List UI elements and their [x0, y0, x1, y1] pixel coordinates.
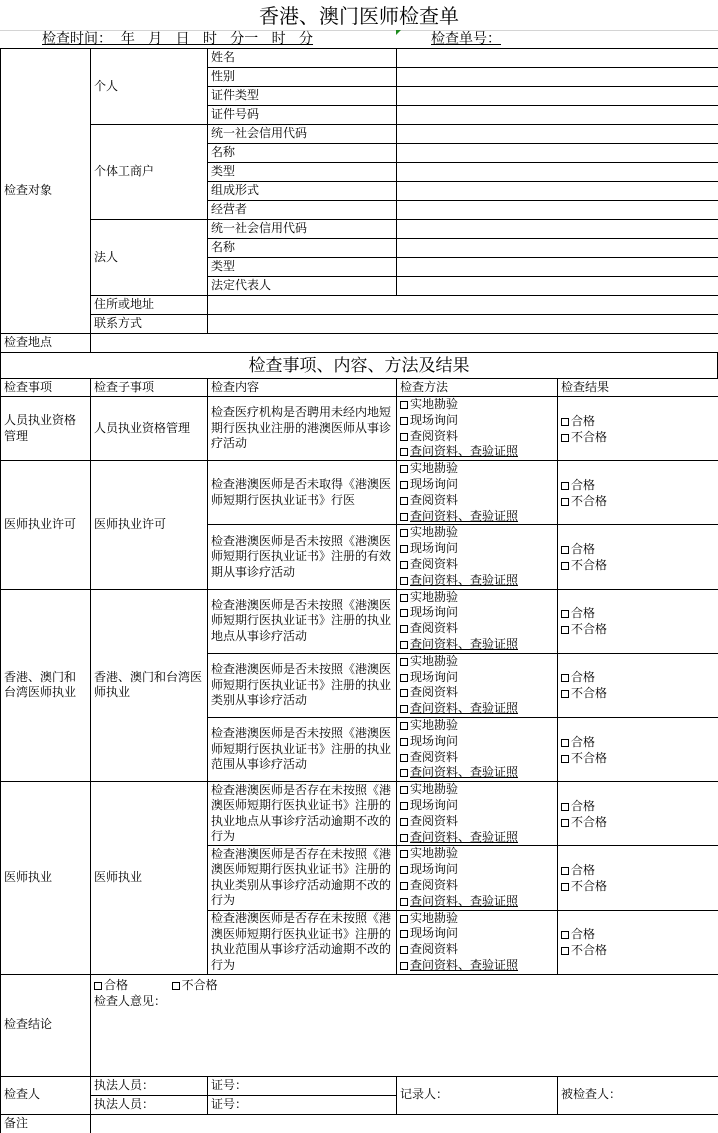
checkbox-icon[interactable] [400, 722, 408, 730]
result-cell: 合格 不合格 [558, 846, 718, 910]
item-cell: 人员执业资格管理 [1, 397, 91, 461]
group-individual: 个人 [91, 49, 208, 125]
address-label: 住所或地址 [91, 296, 208, 315]
method-option[interactable]: 现场询问 [400, 734, 554, 750]
checkbox-icon[interactable] [400, 448, 408, 456]
content-cell: 检查港澳医师是否未按照《港澳医师短期行医执业证书》注册的执业范围从事诊疗活动 [208, 717, 397, 781]
conclusion-fail-option[interactable]: 不合格 [172, 978, 218, 992]
field-value-name[interactable] [397, 49, 718, 68]
form-number-label[interactable]: 检查单号： [431, 30, 501, 48]
field-value-gender[interactable] [397, 68, 718, 87]
item-cell: 医师执业 [1, 782, 91, 975]
checkbox-icon[interactable] [172, 982, 180, 990]
method-option[interactable]: 现场询问 [400, 541, 554, 557]
checkbox-icon[interactable] [400, 930, 408, 938]
checkbox-icon[interactable] [561, 739, 569, 747]
checkbox-icon[interactable] [400, 882, 408, 890]
header-method: 检查方法 [397, 379, 558, 397]
remarks-value[interactable] [91, 1114, 718, 1133]
method-option[interactable]: 实地勘验 [400, 846, 554, 862]
result-cell: 合格 不合格 [558, 717, 718, 781]
checkbox-icon[interactable] [400, 641, 408, 649]
method-cell: 实地勘验 现场询问 查阅资料 查问资料、查验证照 [397, 782, 558, 846]
content-cell: 检查医疗机构是否聘用未经内地短期行医执业注册的港澳医师从事诊疗活动 [208, 397, 397, 461]
group-legal-person: 法人 [91, 220, 208, 296]
result-option[interactable]: 合格 [561, 798, 715, 814]
method-option[interactable]: 查阅资料 [400, 557, 554, 573]
officer-field[interactable]: 执法人员： [91, 1095, 208, 1114]
result-cell: 合格 不合格 [558, 589, 718, 653]
content-cell: 检查港澳医师是否未按照《港澳医师短期行医执业证书》注册的执业类别从事诊疗活动 [208, 653, 397, 717]
field-label: 组成形式 [208, 182, 397, 201]
result-cell: 合格 不合格 [558, 910, 718, 974]
field-label: 法定代表人 [208, 277, 397, 296]
checkbox-icon[interactable] [561, 610, 569, 618]
result-option[interactable]: 不合格 [561, 814, 715, 830]
checkbox-icon[interactable] [400, 561, 408, 569]
content-cell: 检查港澳医师是否未取得《港澳医师短期行医执业证书》行医 [208, 461, 397, 525]
checkbox-icon[interactable] [400, 674, 408, 682]
field-label: 统一社会信用代码 [208, 220, 397, 239]
method-option[interactable]: 实地勘验 [400, 590, 554, 606]
inspection-time-label[interactable]: 检查时间： 年 月 日 时 分一 时 分 [42, 30, 313, 48]
method-option[interactable]: 查问资料、查验证照 [400, 701, 554, 717]
result-option[interactable]: 合格 [561, 862, 715, 878]
result-cell: 合格 不合格 [558, 782, 718, 846]
checkbox-icon[interactable] [400, 689, 408, 697]
conclusion-cell: 合格 不合格 检查人意见： [91, 974, 718, 1076]
checkbox-icon[interactable] [561, 755, 569, 763]
contact-label: 联系方式 [91, 315, 208, 334]
checkbox-icon[interactable] [400, 594, 408, 602]
checkbox-icon[interactable] [94, 982, 102, 990]
checkbox-icon[interactable] [400, 625, 408, 633]
checkbox-icon[interactable] [561, 931, 569, 939]
checkbox-icon[interactable] [400, 786, 408, 794]
inspector-label: 检查人 [1, 1076, 91, 1114]
remarks-label: 备注 [1, 1114, 91, 1133]
method-option[interactable]: 实地勘验 [400, 911, 554, 927]
checkbox-icon[interactable] [561, 418, 569, 426]
section-title: 检查事项、内容、方法及结果 [0, 352, 718, 378]
field-value-legal-type[interactable] [397, 258, 718, 277]
result-option[interactable]: 不合格 [561, 557, 715, 573]
field-value-legal-rep[interactable] [397, 277, 718, 296]
method-option[interactable]: 查阅资料 [400, 878, 554, 894]
header-content: 检查内容 [208, 379, 397, 397]
method-option[interactable]: 现场询问 [400, 413, 554, 429]
field-value-id-number[interactable] [397, 106, 718, 125]
field-label: 类型 [208, 163, 397, 182]
field-label: 统一社会信用代码 [208, 125, 397, 144]
checkbox-icon[interactable] [400, 705, 408, 713]
item-cell: 香港、澳门和台湾医师执业 [1, 589, 91, 782]
header-item: 检查事项 [1, 379, 91, 397]
method-cell: 实地勘验 现场询问 查阅资料 查问资料、查验证照 [397, 846, 558, 910]
checkbox-icon[interactable] [561, 626, 569, 634]
checkbox-icon[interactable] [400, 481, 408, 489]
result-option[interactable]: 合格 [561, 926, 715, 942]
checkbox-icon[interactable] [400, 433, 408, 441]
result-option[interactable]: 合格 [561, 477, 715, 493]
checkbox-icon[interactable] [400, 529, 408, 537]
result-option[interactable]: 不合格 [561, 429, 715, 445]
field-value-id-type[interactable] [397, 87, 718, 106]
field-label: 名称 [208, 144, 397, 163]
checkbox-icon[interactable] [561, 674, 569, 682]
method-option[interactable]: 查问资料、查验证照 [400, 894, 554, 910]
method-option[interactable]: 实地勘验 [400, 525, 554, 541]
checkbox-icon[interactable] [400, 738, 408, 746]
result-option[interactable]: 不合格 [561, 942, 715, 958]
result-option[interactable]: 合格 [561, 413, 715, 429]
checkbox-icon[interactable] [561, 498, 569, 506]
checkbox-icon[interactable] [400, 802, 408, 810]
address-value[interactable] [208, 296, 718, 315]
checkbox-icon[interactable] [561, 482, 569, 490]
field-label: 证件类型 [208, 87, 397, 106]
comment-marker-icon [396, 30, 401, 35]
method-option[interactable]: 现场询问 [400, 862, 554, 878]
result-option[interactable]: 合格 [561, 734, 715, 750]
checkbox-icon[interactable] [400, 946, 408, 954]
checkbox-icon[interactable] [400, 769, 408, 777]
header-sub-item: 检查子事项 [91, 379, 208, 397]
method-cell: 实地勘验 现场询问 查阅资料 查问资料、查验证照 [397, 461, 558, 525]
field-value-operator[interactable] [397, 201, 718, 220]
field-value-legal-name[interactable] [397, 239, 718, 258]
checkbox-icon[interactable] [400, 866, 408, 874]
checkbox-icon[interactable] [400, 850, 408, 858]
result-cell: 合格 不合格 [558, 653, 718, 717]
sub-item-cell: 医师执业许可 [91, 461, 208, 589]
field-value-composition[interactable] [397, 182, 718, 201]
method-option[interactable]: 实地勘验 [400, 461, 554, 477]
result-option[interactable]: 合格 [561, 605, 715, 621]
checkbox-icon[interactable] [400, 754, 408, 762]
result-cell: 合格 不合格 [558, 525, 718, 589]
method-option[interactable]: 查阅资料 [400, 814, 554, 830]
checkbox-icon[interactable] [400, 834, 408, 842]
method-option[interactable]: 查问资料、查验证照 [400, 765, 554, 781]
method-option[interactable]: 查问资料、查验证照 [400, 958, 554, 974]
method-option[interactable]: 查问资料、查验证照 [400, 573, 554, 589]
method-option[interactable]: 现场询问 [400, 670, 554, 686]
method-option[interactable]: 查阅资料 [400, 750, 554, 766]
checkbox-icon[interactable] [561, 546, 569, 554]
checkbox-icon[interactable] [561, 867, 569, 875]
field-label: 名称 [208, 239, 397, 258]
checkbox-icon[interactable] [400, 401, 408, 409]
result-cell: 合格 不合格 [558, 397, 718, 461]
field-label: 性别 [208, 68, 397, 87]
time-row: 检查时间： 年 月 日 时 分一 时 分 检查单号： [0, 30, 718, 48]
opinion-label[interactable]: 检查人意见： [94, 993, 715, 1009]
subject-table: 检查对象 个人 姓名 性别 证件类型 证件号码 个体工商户 统一社会信用代码 名… [0, 48, 718, 353]
method-cell: 实地勘验 现场询问 查阅资料 查问资料、查验证照 [397, 910, 558, 974]
method-cell: 实地勘验 现场询问 查阅资料 查问资料、查验证照 [397, 525, 558, 589]
checkbox-icon[interactable] [400, 513, 408, 521]
checkbox-icon[interactable] [561, 434, 569, 442]
checkbox-icon[interactable] [400, 465, 408, 473]
item-cell: 医师执业许可 [1, 461, 91, 589]
field-label: 经营者 [208, 201, 397, 220]
checkbox-icon[interactable] [561, 947, 569, 955]
cert-field[interactable]: 证号： [208, 1095, 397, 1114]
method-option[interactable]: 查阅资料 [400, 493, 554, 509]
sub-item-cell: 人员执业资格管理 [91, 397, 208, 461]
content-cell: 检查港澳医师是否未按照《港澳医师短期行医执业证书》注册的执业地点从事诊疗活动 [208, 589, 397, 653]
officer-field[interactable]: 执法人员： [91, 1076, 208, 1095]
page-title: 香港、澳门医师检查单 [0, 0, 718, 31]
field-value-credit-code[interactable] [397, 125, 718, 144]
method-cell: 实地勘验 现场询问 查阅资料 查问资料、查验证照 [397, 397, 558, 461]
conclusion-pass-option[interactable]: 合格 [94, 978, 128, 992]
field-label: 证件号码 [208, 106, 397, 125]
checkbox-icon[interactable] [400, 818, 408, 826]
subject-label: 检查对象 [1, 49, 91, 334]
content-cell: 检查港澳医师是否存在未按照《港澳医师短期行医执业证书》注册的执业地点从事诊疗活动… [208, 782, 397, 846]
content-cell: 检查港澳医师是否未按照《港澳医师短期行医执业证书》注册的有效期从事诊疗活动 [208, 525, 397, 589]
location-value[interactable] [91, 334, 718, 353]
result-cell: 合格 不合格 [558, 461, 718, 525]
checkbox-icon[interactable] [400, 609, 408, 617]
result-option[interactable]: 合格 [561, 541, 715, 557]
method-option[interactable]: 实地勘验 [400, 654, 554, 670]
checkbox-icon[interactable] [561, 562, 569, 570]
recorder-field[interactable]: 记录人： [397, 1076, 558, 1114]
method-option[interactable]: 查阅资料 [400, 621, 554, 637]
method-option[interactable]: 查问资料、查验证照 [400, 509, 554, 525]
method-option[interactable]: 现场询问 [400, 605, 554, 621]
method-option[interactable]: 查问资料、查验证照 [400, 637, 554, 653]
field-label: 类型 [208, 258, 397, 277]
contact-value[interactable] [208, 315, 718, 334]
result-option[interactable]: 不合格 [561, 621, 715, 637]
method-option[interactable]: 实地勘验 [400, 718, 554, 734]
inspected-party-field[interactable]: 被检查人： [558, 1076, 718, 1114]
checkbox-icon[interactable] [400, 497, 408, 505]
method-option[interactable]: 查阅资料 [400, 942, 554, 958]
field-value-business-name[interactable] [397, 144, 718, 163]
checkbox-icon[interactable] [561, 883, 569, 891]
method-option[interactable]: 现场询问 [400, 477, 554, 493]
method-option[interactable]: 实地勘验 [400, 782, 554, 798]
result-option[interactable]: 不合格 [561, 493, 715, 509]
content-cell: 检查港澳医师是否存在未按照《港澳医师短期行医执业证书》注册的执业范围从事诊疗活动… [208, 910, 397, 974]
checkbox-icon[interactable] [400, 962, 408, 970]
cert-field[interactable]: 证号： [208, 1076, 397, 1095]
method-option[interactable]: 查阅资料 [400, 429, 554, 445]
sub-item-cell: 医师执业 [91, 782, 208, 975]
checkbox-icon[interactable] [400, 417, 408, 425]
header-result: 检查结果 [558, 379, 718, 397]
result-option[interactable]: 不合格 [561, 685, 715, 701]
conclusion-label: 检查结论 [1, 974, 91, 1076]
result-option[interactable]: 合格 [561, 669, 715, 685]
group-business: 个体工商户 [91, 125, 208, 220]
result-option[interactable]: 不合格 [561, 878, 715, 894]
checkbox-icon[interactable] [561, 690, 569, 698]
inspection-table: 检查事项 检查子事项 检查内容 检查方法 检查结果 人员执业资格管理 人员执业资… [0, 378, 718, 1133]
location-label: 检查地点 [1, 334, 91, 353]
method-option[interactable]: 查问资料、查验证照 [400, 444, 554, 460]
method-cell: 实地勘验 现场询问 查阅资料 查问资料、查验证照 [397, 653, 558, 717]
checkbox-icon[interactable] [400, 915, 408, 923]
field-value-business-type[interactable] [397, 163, 718, 182]
field-value-legal-credit-code[interactable] [397, 220, 718, 239]
content-cell: 检查港澳医师是否存在未按照《港澳医师短期行医执业证书》注册的执业类别从事诊疗活动… [208, 846, 397, 910]
method-option[interactable]: 实地勘验 [400, 397, 554, 413]
checkbox-icon[interactable] [561, 803, 569, 811]
method-option[interactable]: 查问资料、查验证照 [400, 830, 554, 846]
sub-item-cell: 香港、澳门和台湾医师执业 [91, 589, 208, 782]
checkbox-icon[interactable] [400, 577, 408, 585]
checkbox-icon[interactable] [400, 545, 408, 553]
method-option[interactable]: 查阅资料 [400, 685, 554, 701]
method-cell: 实地勘验 现场询问 查阅资料 查问资料、查验证照 [397, 589, 558, 653]
method-cell: 实地勘验 现场询问 查阅资料 查问资料、查验证照 [397, 717, 558, 781]
result-option[interactable]: 不合格 [561, 750, 715, 766]
checkbox-icon[interactable] [400, 658, 408, 666]
checkbox-icon[interactable] [561, 819, 569, 827]
method-option[interactable]: 现场询问 [400, 798, 554, 814]
checkbox-icon[interactable] [400, 898, 408, 906]
field-label: 姓名 [208, 49, 397, 68]
method-option[interactable]: 现场询问 [400, 926, 554, 942]
